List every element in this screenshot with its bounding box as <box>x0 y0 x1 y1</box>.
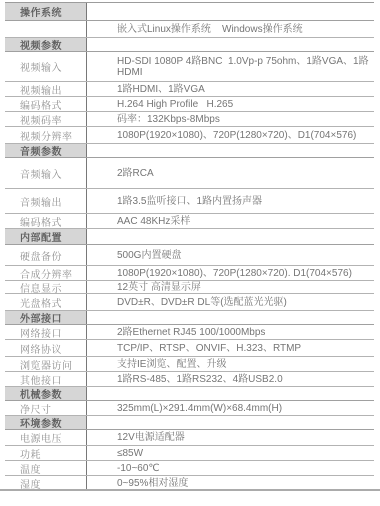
spec-value: 嵌入式Linux操作系统 Windows操作系统 <box>87 21 374 37</box>
section-header-row: 视频参数 <box>5 38 374 52</box>
spec-label: 视频码率 <box>5 112 87 126</box>
spec-label: 视频输出 <box>5 82 87 96</box>
spec-value: 2路RCA <box>87 158 374 188</box>
spec-value: 2路Ethernet RJ45 100/1000Mbps <box>87 325 374 339</box>
spec-value: 码率：132Kbps-8Mbps <box>87 112 374 126</box>
spec-value: H.264 High Profile H.265 <box>87 97 374 111</box>
spec-label: 网络协议 <box>5 340 87 356</box>
section-header-row: 内部配置 <box>5 229 374 245</box>
spec-label: 外部接口 <box>5 311 87 324</box>
spec-value: 1路HDMI、1路VGA <box>87 82 374 96</box>
spec-label: 硬盘备份 <box>5 245 87 265</box>
spec-value: 12英寸 高清显示屏 <box>87 281 374 293</box>
spec-value: 0~95%相对湿度 <box>87 476 374 490</box>
spec-value <box>87 229 374 244</box>
spec-label <box>5 21 87 37</box>
spec-value: ≤85W <box>87 446 374 460</box>
spec-sheet-page: { "table": { "colors": { "section_header… <box>0 0 380 506</box>
spec-row: 编码格式 H.264 High Profile H.265 <box>5 97 374 112</box>
spec-value: 1路3.5监听接口、1路内置扬声器 <box>87 189 374 213</box>
spec-row: 音频输入 2路RCA <box>5 158 374 189</box>
spec-value: 1080P(1920×1080)、720P(1280×720)、D1(704×5… <box>87 127 374 143</box>
spec-label: 电源电压 <box>5 430 87 445</box>
spec-row: 硬盘备份 500G内置硬盘 <box>5 245 374 266</box>
spec-row: 光盘格式 DVD±R、DVD±R DL等(选配蓝光光驱) <box>5 294 374 311</box>
spec-row: 温度 -10~60℃ <box>5 461 374 476</box>
spec-label: 编码格式 <box>5 214 87 228</box>
spec-label: 其他接口 <box>5 372 87 386</box>
table-bottom-divider <box>0 489 380 491</box>
spec-label: 光盘格式 <box>5 294 87 310</box>
spec-table: 操作系统 嵌入式Linux操作系统 Windows操作系统 视频参数 视频输入 … <box>5 2 374 491</box>
spec-value <box>87 387 374 400</box>
spec-label: 操作系统 <box>5 3 87 20</box>
spec-label: 功耗 <box>5 446 87 460</box>
section-header-row: 机械参数 <box>5 387 374 401</box>
spec-label: 机械参数 <box>5 387 87 400</box>
spec-label: 音频输入 <box>5 158 87 188</box>
spec-row: 编码格式 AAC 48KHz采样 <box>5 214 374 229</box>
section-header-row: 操作系统 <box>5 3 374 21</box>
spec-value <box>87 144 374 157</box>
spec-row: 网络接口 2路Ethernet RJ45 100/1000Mbps <box>5 325 374 340</box>
spec-value <box>87 3 374 20</box>
spec-value <box>87 416 374 429</box>
spec-row: 视频输出 1路HDMI、1路VGA <box>5 82 374 97</box>
spec-label: 内部配置 <box>5 229 87 244</box>
spec-label: 音频输出 <box>5 189 87 213</box>
spec-value: -10~60℃ <box>87 461 374 475</box>
spec-row: 其他接口 1路RS-485、1路RS232、4路USB2.0 <box>5 372 374 387</box>
spec-value: TCP/IP、RTSP、ONVIF、H.323、RTMP <box>87 340 374 356</box>
spec-row: 功耗 ≤85W <box>5 446 374 461</box>
spec-label: 净尺寸 <box>5 401 87 415</box>
spec-label: 网络接口 <box>5 325 87 339</box>
spec-value: 1080P(1920×1080)、720P(1280×720). D1(704×… <box>87 266 374 280</box>
spec-row: 视频码率 码率：132Kbps-8Mbps <box>5 112 374 127</box>
spec-label: 视频输入 <box>5 52 87 81</box>
spec-label: 信息显示 <box>5 281 87 293</box>
spec-label: 合成分辨率 <box>5 266 87 280</box>
spec-label: 编码格式 <box>5 97 87 111</box>
spec-value: DVD±R、DVD±R DL等(选配蓝光光驱) <box>87 294 374 310</box>
spec-value <box>87 38 374 51</box>
spec-label: 环境参数 <box>5 416 87 429</box>
spec-row: 净尺寸 325mm(L)×291.4mm(W)×68.4mm(H) <box>5 401 374 416</box>
spec-row: 视频输入 HD-SDI 1080P 4路BNC 1.0Vp-p 75ohm、1路… <box>5 52 374 82</box>
spec-label: 视频分辨率 <box>5 127 87 143</box>
spec-row: 浏览器访问 支持IE浏览、配置、升级 <box>5 357 374 372</box>
spec-label: 浏览器访问 <box>5 357 87 371</box>
spec-row: 合成分辨率 1080P(1920×1080)、720P(1280×720). D… <box>5 266 374 281</box>
section-header-row: 环境参数 <box>5 416 374 430</box>
spec-row: 信息显示 12英寸 高清显示屏 <box>5 281 374 294</box>
spec-value: 支持IE浏览、配置、升级 <box>87 357 374 371</box>
spec-row: 网络协议 TCP/IP、RTSP、ONVIF、H.323、RTMP <box>5 340 374 357</box>
spec-label: 音频参数 <box>5 144 87 157</box>
section-header-row: 音频参数 <box>5 144 374 158</box>
spec-label: 视频参数 <box>5 38 87 51</box>
spec-value: 500G内置硬盘 <box>87 245 374 265</box>
spec-row: 视频分辨率 1080P(1920×1080)、720P(1280×720)、D1… <box>5 127 374 144</box>
spec-value <box>87 311 374 324</box>
spec-value: HD-SDI 1080P 4路BNC 1.0Vp-p 75ohm、1路VGA、1… <box>87 52 374 81</box>
section-header-row: 外部接口 <box>5 311 374 325</box>
spec-value: 12V电源适配器 <box>87 430 374 445</box>
spec-label: 温度 <box>5 461 87 475</box>
spec-row: 电源电压 12V电源适配器 <box>5 430 374 446</box>
spec-value: 325mm(L)×291.4mm(W)×68.4mm(H) <box>87 401 374 415</box>
spec-row: 嵌入式Linux操作系统 Windows操作系统 <box>5 21 374 38</box>
spec-value: 1路RS-485、1路RS232、4路USB2.0 <box>87 372 374 386</box>
spec-value: AAC 48KHz采样 <box>87 214 374 228</box>
spec-row: 音频输出 1路3.5监听接口、1路内置扬声器 <box>5 189 374 214</box>
spec-label: 湿度 <box>5 476 87 490</box>
